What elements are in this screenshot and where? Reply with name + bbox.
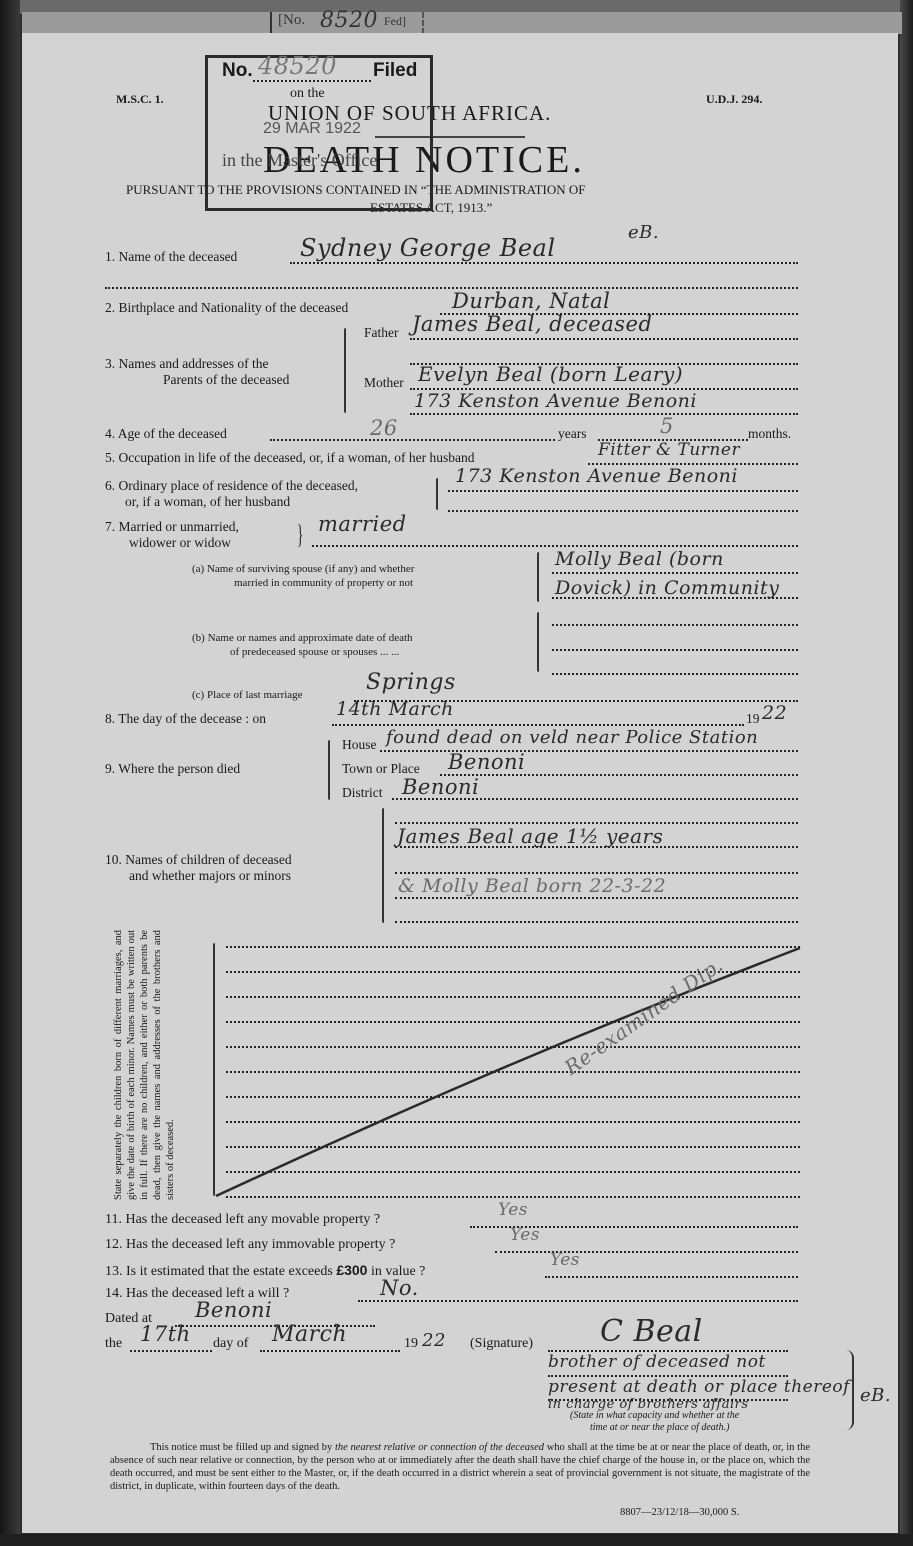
declaration-year: 22 [422,1330,446,1351]
the-label: the [105,1336,122,1352]
day-of-label: day of [213,1336,248,1352]
estate-exceeds: Yes [550,1250,580,1270]
movable-property: Yes [498,1200,528,1220]
dated-at-place: Benoni [195,1298,272,1322]
print-code: 8807—23/12/18—30,000 S. [620,1507,739,1518]
capacity-instruction-2: time at or near the place of death.) [590,1422,729,1433]
year-prefix: 19 [404,1336,418,1352]
signature: C Beal [600,1314,703,1349]
capacity-initials: eB. [860,1385,891,1406]
day-line [130,1350,212,1352]
capacity-2: present at death or place thereof [548,1377,850,1397]
capacity-brace [838,1350,854,1430]
notice-text-italic: the nearest relative or connection of th… [335,1442,544,1453]
q11-label: 11. Has the deceased left any movable pr… [105,1212,380,1228]
q12-label: 12. Has the deceased left any immovable … [105,1237,395,1253]
signature-label: (Signature) [470,1336,533,1352]
scan-border-bottom [0,1534,913,1546]
q13-label: 13. Is it estimated that the estate exce… [105,1262,425,1280]
declaration-day: 17th [140,1322,191,1346]
will-left: No. [380,1276,419,1300]
q13-amount: £300 [336,1262,367,1278]
instruction-footnote: This notice must be filled up and signed… [110,1441,810,1493]
immovable-property: Yes [510,1225,540,1245]
declaration-month: March [272,1322,347,1347]
q12-line [495,1251,798,1253]
q14-line [358,1300,798,1302]
month-line [260,1350,400,1352]
q13-label-before: 13. Is it estimated that the estate exce… [105,1264,336,1279]
capacity-instruction-1: (State in what capacity and whether at t… [570,1410,739,1421]
capacity-1: brother of deceased not [548,1352,766,1372]
notice-text-start: This notice must be filled up and signed… [150,1442,335,1453]
q13-line [545,1276,798,1278]
